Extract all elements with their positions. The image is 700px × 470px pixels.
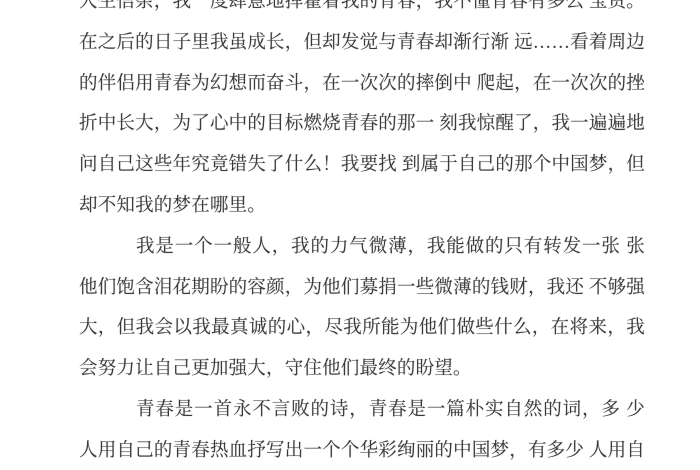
- text-line: 问自己这些年究竟错失了什么！我要找 到属于自己的那个中国梦，但: [79, 145, 645, 186]
- text-line: 我是一个一般人，我的力气微薄，我能做的只有转发一张 张: [79, 227, 645, 268]
- text-line: 却不知我的梦在哪里。: [79, 186, 645, 227]
- text-line: 在之后的日子里我虽成长，但却发觉与青春却渐行渐 远……看着周边: [79, 23, 645, 64]
- text-line: 人生信条，我一度肆意地挥霍着我的青春，我不懂青春有多么 宝贵。: [79, 0, 645, 23]
- text-line: 他们饱含泪花期盼的容颜，为他们募捐一些微薄的钱财，我还 不够强: [79, 268, 645, 309]
- text-line: 人用自己的青春热血抒写出一个个华彩绚丽的中国梦，有多少 人用自: [79, 431, 645, 470]
- text-line: 大，但我会以我最真诚的心，尽我所能为他们做些什么，在将来，我: [79, 308, 645, 349]
- text-line: 会努力让自己更加强大，守住他们最终的盼望。: [79, 349, 645, 390]
- document-page: 人生信条，我一度肆意地挥霍着我的青春，我不懂青春有多么 宝贵。 在之后的日子里我…: [79, 0, 645, 470]
- text-line: 的伴侣用青春为幻想而奋斗，在一次次的摔倒中 爬起，在一次次的挫: [79, 64, 645, 105]
- text-line: 青春是一首永不言败的诗，青春是一篇朴实自然的词，多 少: [79, 390, 645, 431]
- text-line: 折中长大，为了心中的目标燃烧青春的那一 刻我惊醒了，我一遍遍地: [79, 104, 645, 145]
